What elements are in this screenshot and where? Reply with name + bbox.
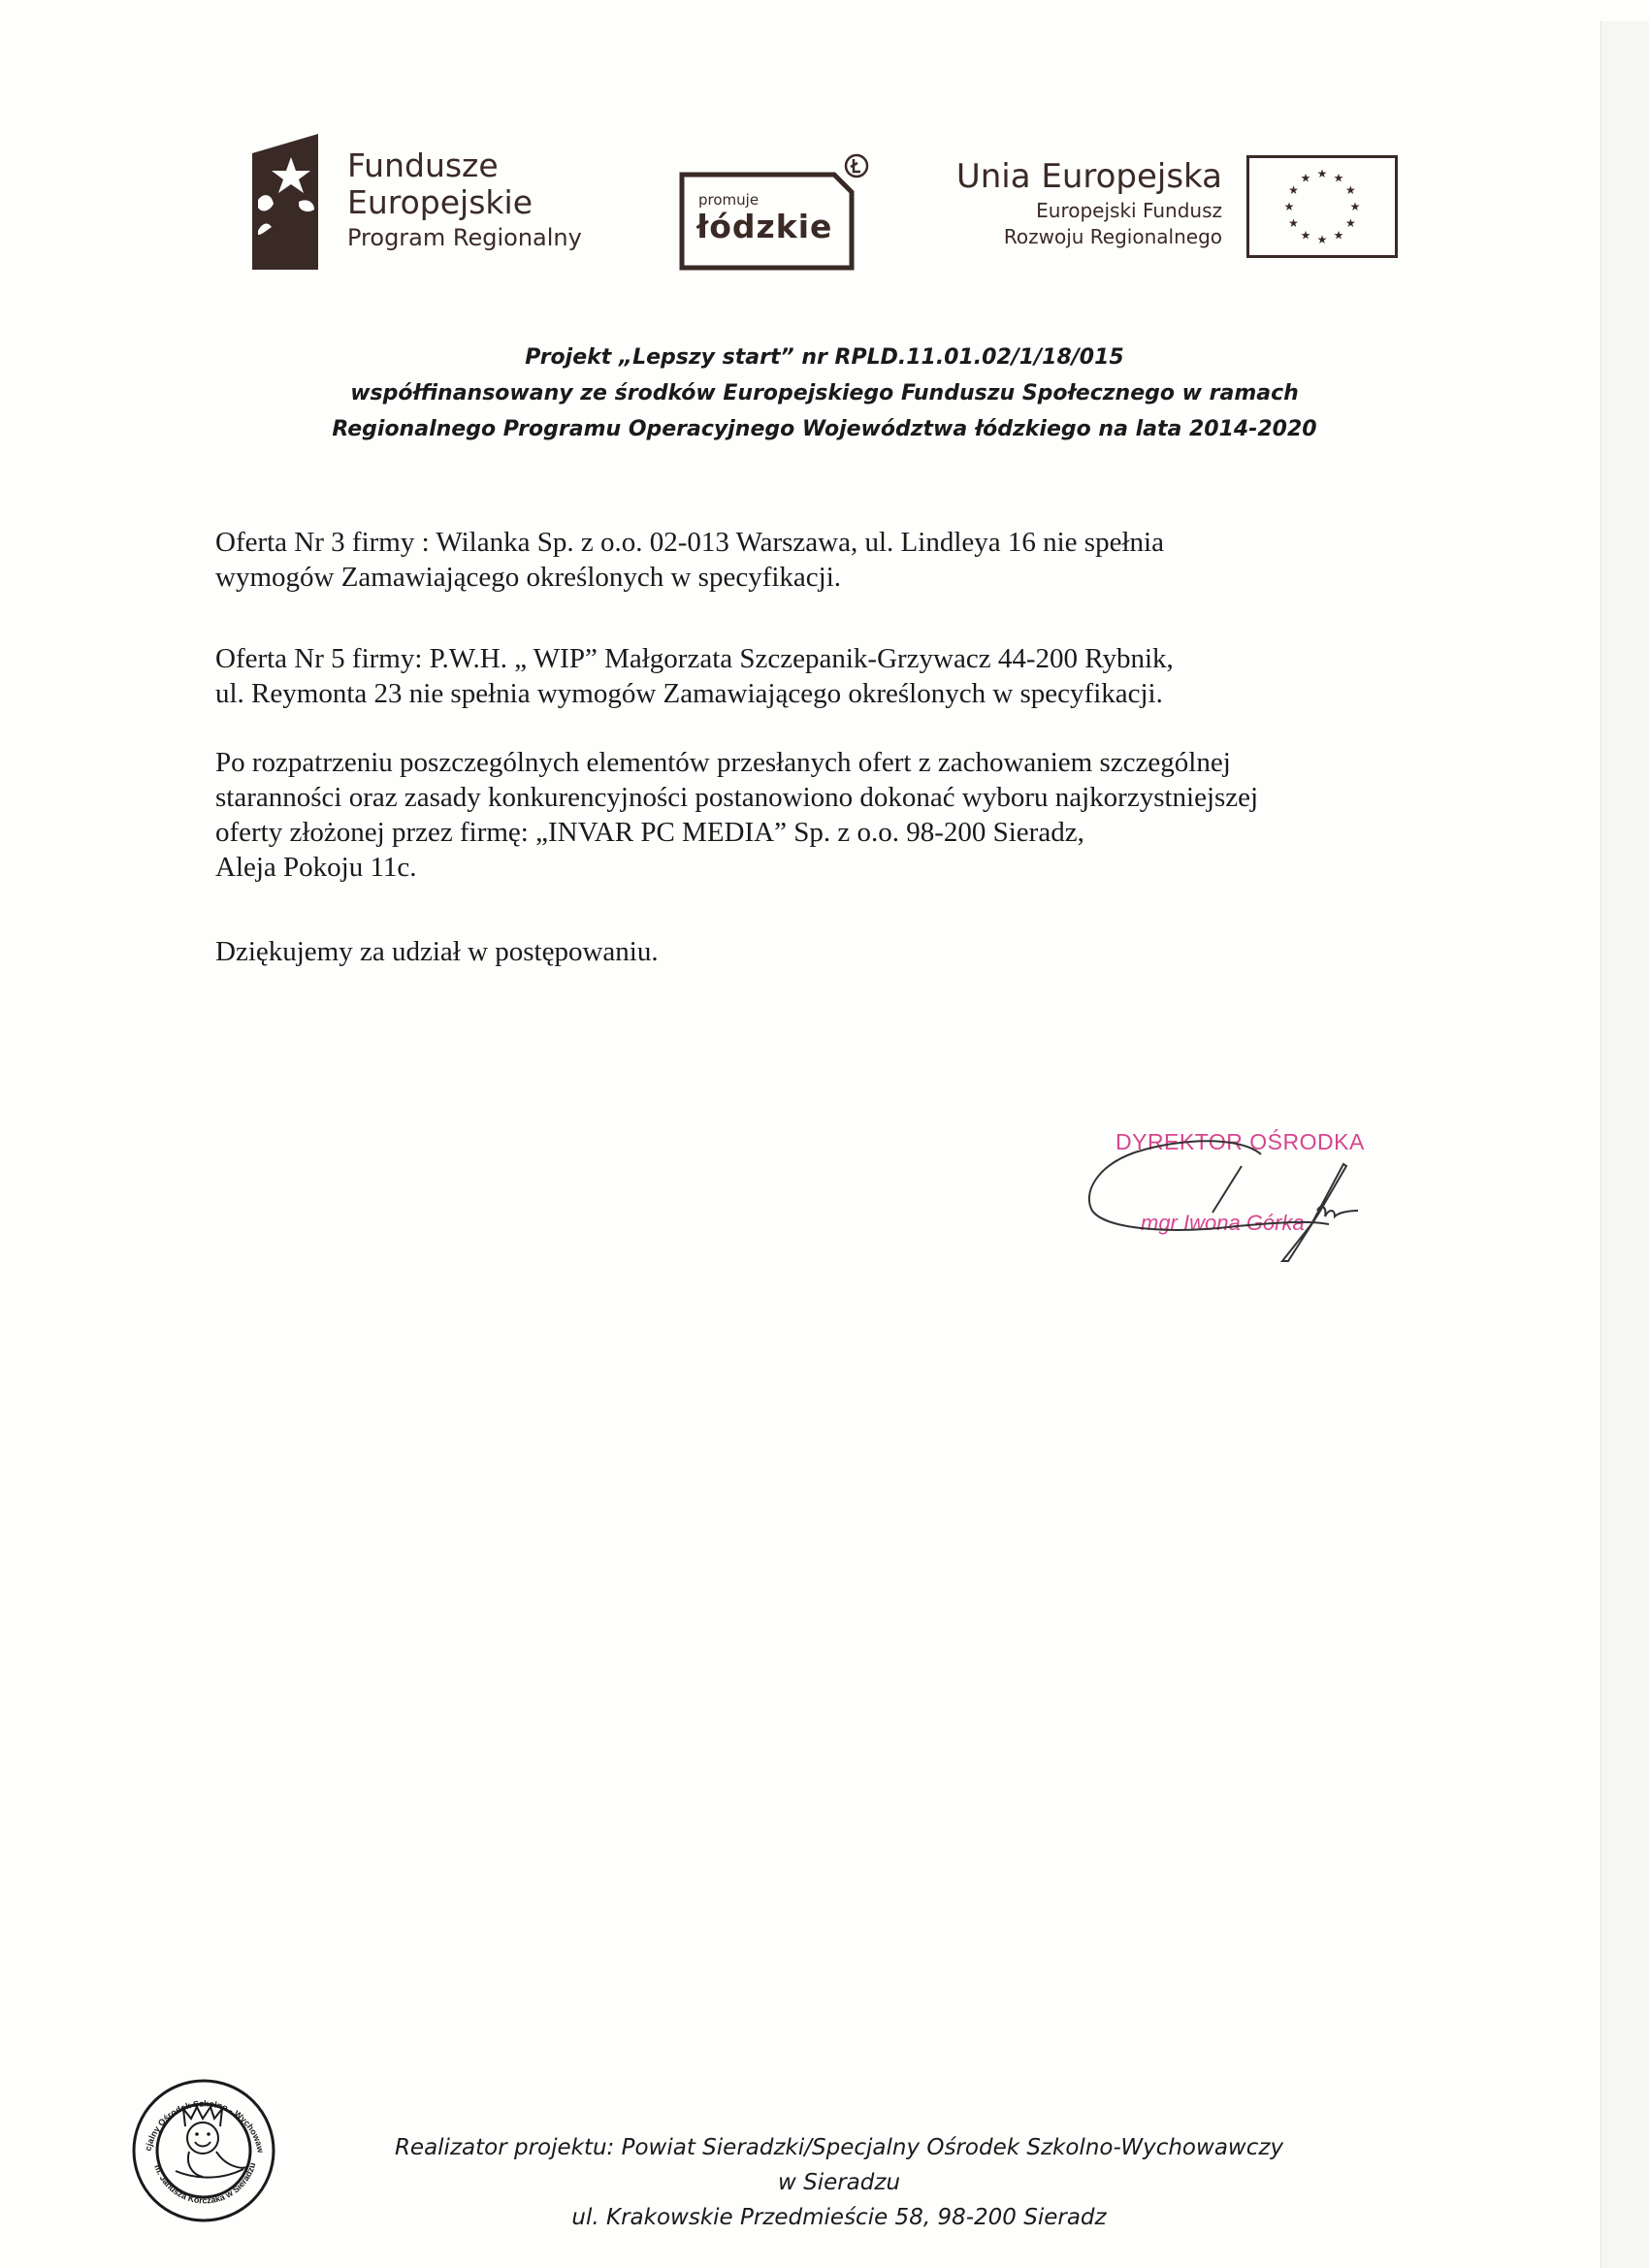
promuje-lodzkie-logo: promuje łódzkie [679,157,873,274]
paragraph-offer-3: Oferta Nr 3 firmy : Wilanka Sp. z o.o. 0… [215,525,1476,595]
svg-text:★: ★ [1288,183,1299,197]
eu-flag-icon: ★★★★★★★★★★★★ [1246,155,1398,258]
project-title: Projekt „Lepszy start” nr RPLD.11.01.02/… [0,340,1649,375]
school-crest-logo: Specjalny Ośrodek Szkolno - Wychowawczy … [129,2076,279,2226]
footer-line3: ul. Krakowskie Przedmieście 58, 98-200 S… [349,2200,1329,2235]
paragraph-line: ul. Reymonta 23 nie spełnia wymogów Zama… [215,676,1476,711]
footer-line1: Realizator projektu: Powiat Sieradzki/Sp… [349,2130,1329,2165]
lodzkie-small-text: promuje [698,191,759,209]
svg-text:★: ★ [1301,228,1311,242]
paragraph-line: wymogów Zamawiającego określonych w spec… [215,560,1476,595]
project-funding: współfinansowany ze środków Europejskieg… [0,375,1649,411]
paragraph-offer-5: Oferta Nr 5 firmy: P.W.H. „ WIP” Małgorz… [215,641,1476,711]
paragraph-line: oferty złożonej przez firmę: „INVAR PC M… [215,815,1476,850]
svg-text:★: ★ [1288,216,1299,230]
paragraph-line: Aleja Pokoju 11c. [215,850,1476,885]
paragraph-line: Dziękujemy za udział w postępowaniu. [215,934,1476,969]
svg-text:Specjalny Ośrodek Szkolno - Wy: Specjalny Ośrodek Szkolno - Wychowawczy [129,2076,266,2155]
svg-text:★: ★ [1301,172,1311,185]
unia-europejska-logo: Unia Europejska Europejski Fundusz Rozwo… [931,146,1416,272]
footer-line2: w Sieradzu [349,2165,1329,2200]
signature-block: DYREKTOR OŚRODKA mgr Iwona Górka [1067,1116,1436,1290]
lodzkie-l-mark-icon [842,151,871,180]
svg-text:★: ★ [1284,200,1295,213]
project-program: Regionalnego Programu Operacyjnego Wojew… [0,411,1649,447]
ue-subtitle-line2: Rozwoju Regionalnego [956,224,1222,250]
ue-title: Unia Europejska [956,155,1222,198]
svg-text:★: ★ [1334,172,1344,185]
school-crest-icon: Specjalny Ośrodek Szkolno - Wychowawczy … [129,2076,279,2226]
paragraph-decision: Po rozpatrzeniu poszczególnych elementów… [215,745,1476,885]
paragraph-line: staranności oraz zasady konkurencyjności… [215,780,1476,815]
svg-text:★: ★ [1317,233,1328,246]
svg-text:★: ★ [1334,228,1344,242]
paragraph-thanks: Dziękujemy za udział w postępowaniu. [215,934,1476,969]
svg-text:★: ★ [1350,200,1361,213]
fe-title-line1: Fundusze [347,147,582,184]
handwritten-signature-icon [1067,1116,1436,1290]
paragraph-line: Po rozpatrzeniu poszczególnych elementów… [215,745,1476,780]
ue-subtitle-line1: Europejski Fundusz [956,198,1222,224]
fe-title-line2: Europejskie [347,184,582,221]
svg-text:★: ★ [1317,167,1328,180]
paragraph-line: Oferta Nr 3 firmy : Wilanka Sp. z o.o. 0… [215,525,1476,560]
paragraph-line: Oferta Nr 5 firmy: P.W.H. „ WIP” Małgorz… [215,641,1476,676]
project-info: Projekt „Lepszy start” nr RPLD.11.01.02/… [0,340,1649,447]
svg-text:★: ★ [1345,183,1356,197]
fundusze-europejskie-star-icon [250,134,320,270]
svg-text:★: ★ [1345,216,1356,230]
lodzkie-big-text: łódzkie [696,208,832,245]
project-implementer: Realizator projektu: Powiat Sieradzki/Sp… [349,2130,1329,2235]
fe-subtitle: Program Regionalny [347,221,582,254]
